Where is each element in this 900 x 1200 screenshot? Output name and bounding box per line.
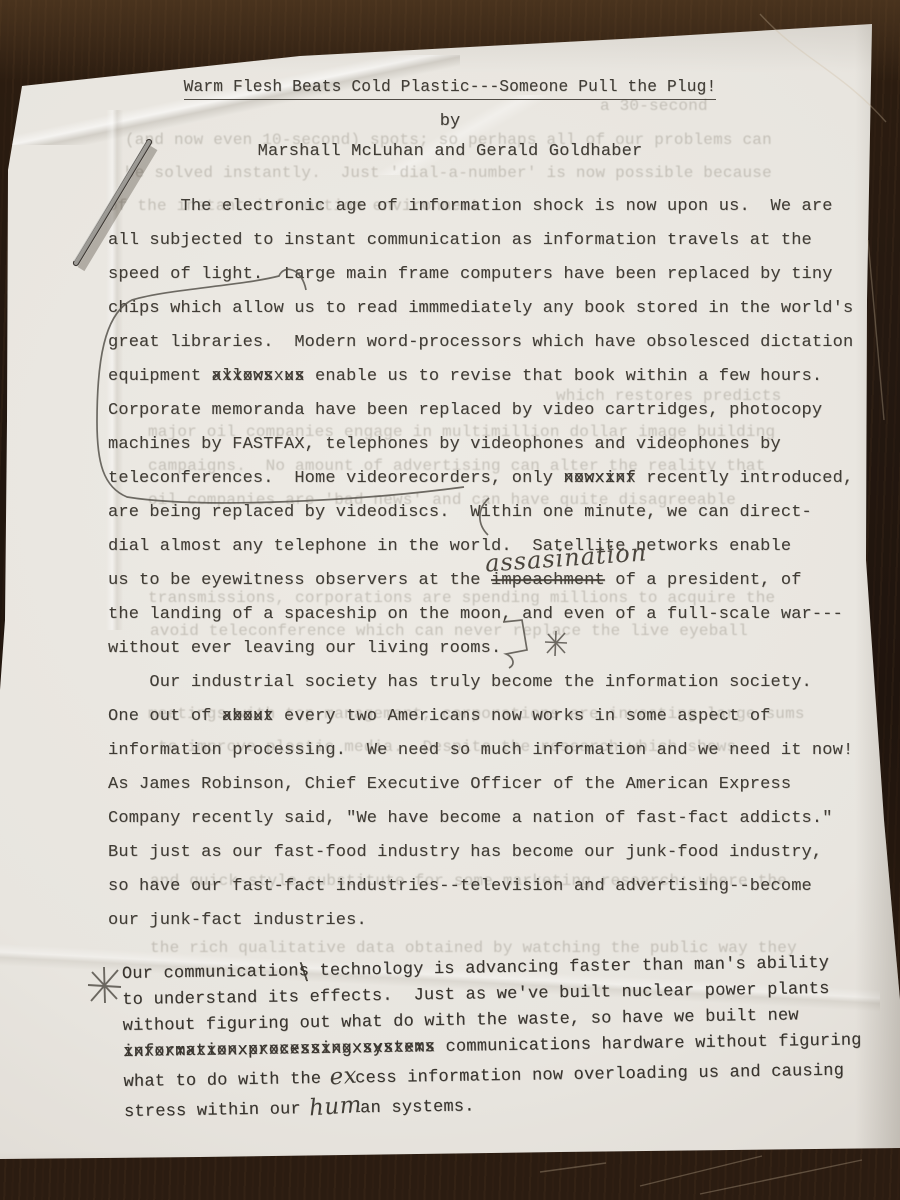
overtyped-text: informationxprocessingxsystemsxxxxxxxxxx…	[123, 1035, 435, 1066]
typed-line: As James Robinson, Chief Executive Offic…	[108, 768, 898, 802]
typed-text: speed of light. Large main frame compute…	[108, 265, 833, 284]
typed-text: dial almost any telephone in the world. …	[108, 537, 791, 556]
overtype-x-marks: xxxxxxxxxxxxxxxxxxxxxxxxxxxxxx	[123, 1035, 435, 1066]
typed-line: great libraries. Modern word-processors …	[108, 326, 898, 360]
typed-text: us to be eyewitness observers at the	[108, 571, 491, 590]
authors: Marshall McLuhan and Gerald Goldhaber	[0, 142, 900, 161]
typed-text: communications hardware without figuring	[435, 1031, 862, 1057]
typed-line: us to be eyewitness observers at the imp…	[108, 564, 898, 598]
typed-text: of a president, of	[605, 571, 802, 590]
typed-line: speed of light. Large main frame compute…	[108, 258, 898, 292]
typed-text: recently introduced,	[636, 469, 853, 488]
slashed-letter: s	[299, 962, 310, 981]
typed-text: enable us to revise that book within a f…	[305, 367, 823, 386]
title-block: Warm Flesh Beats Cold Plastic---Someone …	[0, 78, 900, 161]
typed-line: One out of aboutxxxxx every two American…	[108, 700, 898, 734]
typed-line: machines by FASTFAX, telephones by video…	[108, 428, 898, 462]
overtyped-text: nowxinfxxxxxxx	[563, 462, 635, 496]
typed-text: Our communication	[122, 962, 299, 984]
typed-text: without ever leaving our living rooms.	[108, 639, 501, 658]
page-title: Warm Flesh Beats Cold Plastic---Someone …	[184, 78, 717, 100]
typed-line: information processing. We need so much …	[108, 734, 898, 768]
typed-line: Our industrial society has truly become …	[108, 666, 898, 700]
typed-line: our junk-fact industries.	[108, 904, 898, 938]
typed-text: information processing. We need so much …	[108, 741, 853, 760]
typed-text: all subjected to instant communication a…	[108, 231, 812, 250]
typed-line: all subjected to instant communication a…	[108, 224, 898, 258]
overtyped-text: allows usxxxxxxxxx	[212, 360, 305, 394]
typed-text: so have our fast-fact industries--televi…	[108, 877, 812, 896]
typed-line: the landing of a spaceship on the moon, …	[108, 598, 898, 632]
typed-line: equipment allows usxxxxxxxxx enable us t…	[108, 360, 898, 394]
handwritten-insertion: hum	[308, 1092, 363, 1122]
typed-line: are being replaced by videodiscs. Within…	[108, 496, 898, 530]
overtyped-text: aboutxxxxx	[222, 700, 274, 734]
typed-text: every two Americans now works in some as…	[274, 707, 771, 726]
typed-line: so have our fast-fact industries--televi…	[108, 870, 898, 904]
typed-line: The electronic age of information shock …	[108, 190, 898, 224]
typed-text: machines by FASTFAX, telephones by video…	[108, 435, 781, 454]
byline: by	[0, 112, 900, 131]
typed-text: equipment	[108, 367, 212, 386]
typed-line: But just as our fast-food industry has b…	[108, 836, 898, 870]
typed-final-paragraph: Our communications technology is advanci…	[122, 950, 900, 1126]
typed-text: stress within our	[124, 1100, 312, 1122]
strikethrough-word: impeachmentassasination	[491, 571, 605, 590]
typed-text: Corporate memoranda have been replaced b…	[108, 401, 822, 420]
typed-text: what to do with the	[123, 1070, 331, 1092]
typed-text: teleconferences. Home videorecorders, on…	[108, 469, 563, 488]
typed-text: Our industrial society has truly become …	[108, 673, 812, 692]
typed-text: our junk-fact industries.	[108, 911, 367, 930]
typed-text: the landing of a spaceship on the moon, …	[108, 605, 843, 624]
typed-text: great libraries. Modern word-processors …	[108, 333, 853, 352]
typed-line: Company recently said, "We have become a…	[108, 802, 898, 836]
typed-text: an systems.	[360, 1097, 475, 1118]
overtype-x-marks: xxxxxxxxx	[212, 360, 305, 394]
handwritten-insertion: ex	[329, 1063, 358, 1091]
overtype-x-marks: xxxxx	[222, 700, 274, 734]
typed-text: technology is advancing faster than man'…	[309, 954, 829, 981]
typed-text: are being replaced by videodiscs. Within…	[108, 503, 812, 522]
typed-text: As James Robinson, Chief Executive Offic…	[108, 775, 791, 794]
typed-body: The electronic age of information shock …	[108, 190, 898, 938]
typed-text: But just as our fast-food industry has b…	[108, 843, 822, 862]
typed-line: teleconferences. Home videorecorders, on…	[108, 462, 898, 496]
typed-text: The electronic age of information shock …	[108, 197, 833, 216]
typed-text: One out of	[108, 707, 222, 726]
ghost-line: be solved instantly. Just 'dial-a-number…	[125, 165, 772, 183]
typed-line: without ever leaving our living rooms.	[108, 632, 898, 666]
typed-text: cess information now overloading us and …	[355, 1062, 844, 1089]
typed-text: Company recently said, "We have become a…	[108, 809, 833, 828]
typed-line: Corporate memoranda have been replaced b…	[108, 394, 898, 428]
typed-line: chips which allow us to read immmediatel…	[108, 292, 898, 326]
photo-scene: a 30-second (and now even 10-second) spo…	[0, 0, 900, 1200]
typed-text: chips which allow us to read immmediatel…	[108, 299, 853, 318]
overtype-x-marks: xxxxxxx	[563, 462, 635, 496]
